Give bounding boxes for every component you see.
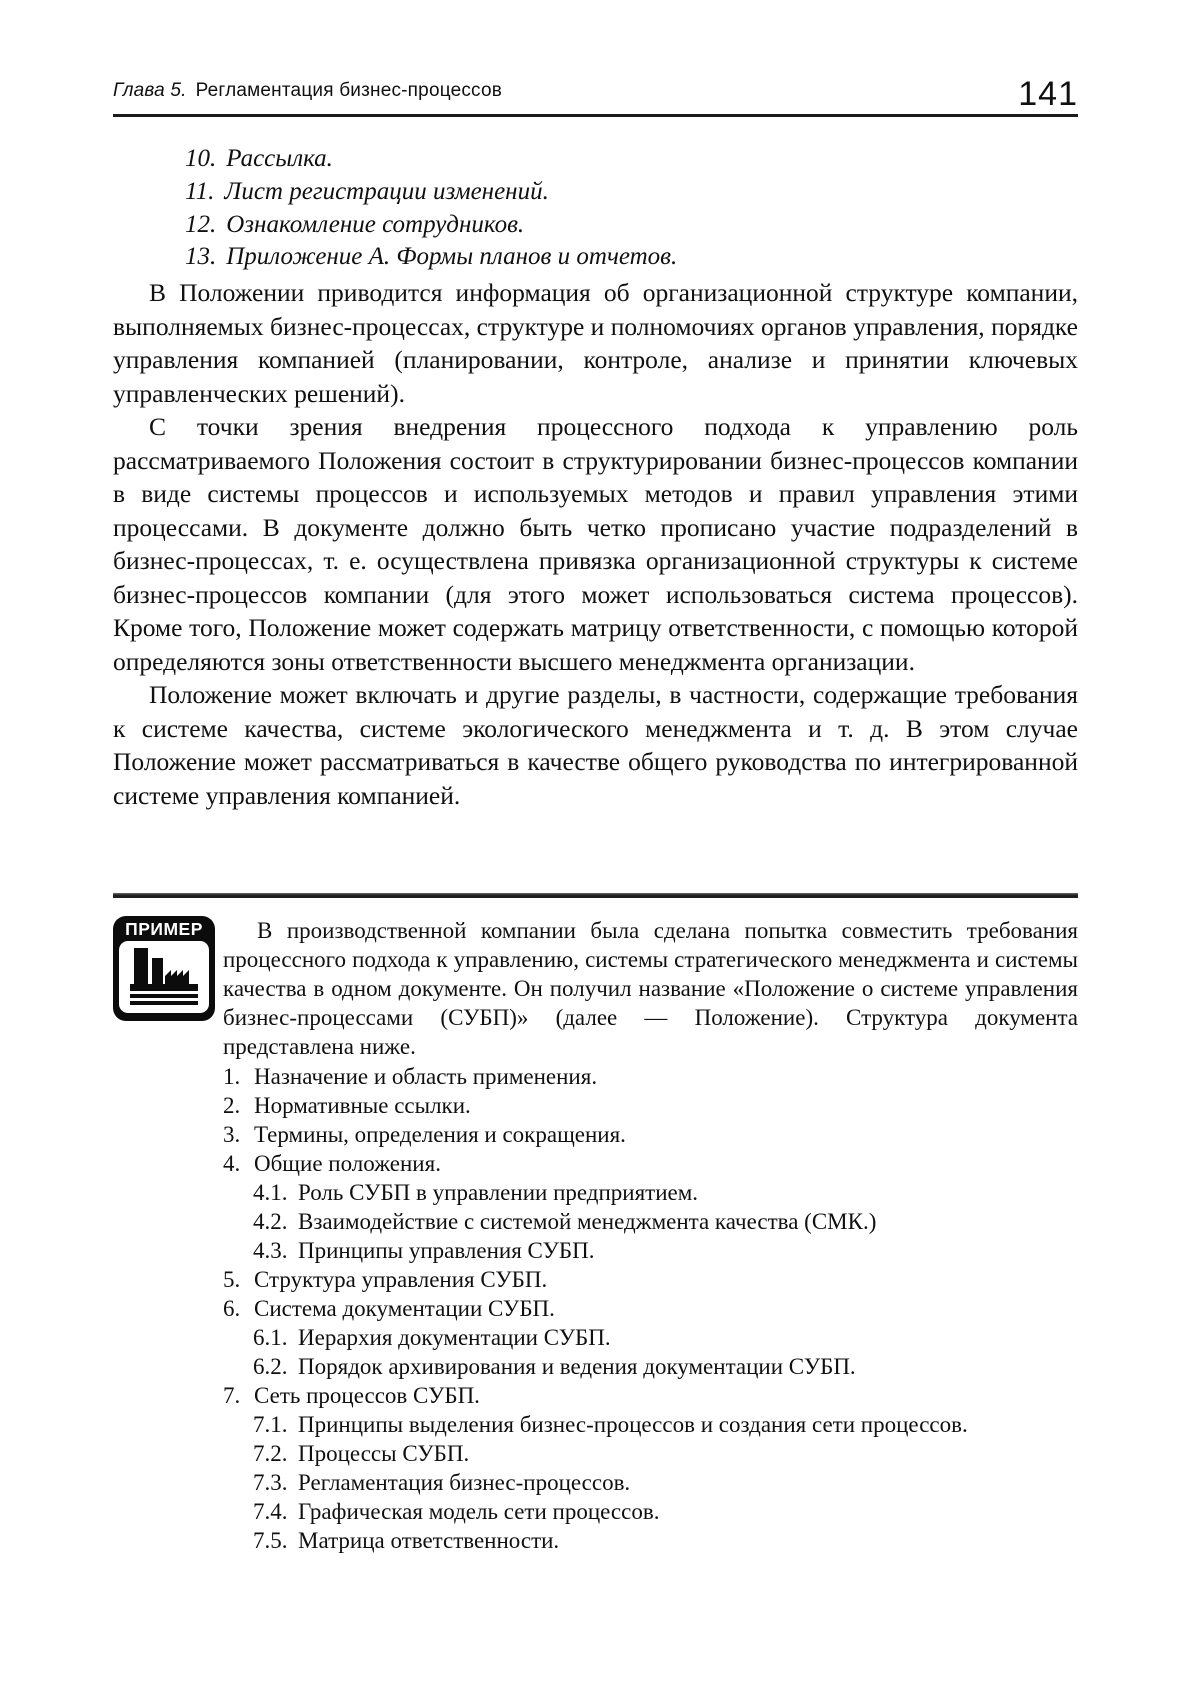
- list-item-number: 7.5.: [253, 1526, 298, 1555]
- book-page: Глава 5.Регламентация бизнес-процессов 1…: [0, 0, 1190, 1684]
- list-item-text: Иерархия документации СУБП.: [298, 1323, 1078, 1352]
- document-sections-list: 10. Рассылка. 11. Лист регистрации измен…: [185, 143, 1078, 274]
- list-item-text: Принципы управления СУБП.: [298, 1236, 1078, 1265]
- list-item-text: Лист регистрации изменений.: [224, 176, 548, 209]
- list-item-text: Процессы СУБП.: [298, 1439, 1078, 1468]
- list-item-number: 7.4.: [253, 1497, 298, 1526]
- list-item-text: Сеть процессов СУБП.: [254, 1381, 1078, 1410]
- paragraph: В Положении приводится информация об орг…: [113, 276, 1078, 410]
- example-structure-list: 1. Назначение и область применения. 2. Н…: [223, 1062, 1078, 1555]
- list-item: 7. Сеть процессов СУБП.: [223, 1381, 1078, 1410]
- list-item-number: 6.: [223, 1294, 254, 1323]
- list-item-number: 13.: [185, 241, 216, 274]
- list-item-text: Общие положения.: [254, 1149, 1078, 1178]
- list-item-text: Термины, определения и сокращения.: [254, 1120, 1078, 1149]
- list-item-number: 6.1.: [253, 1323, 298, 1352]
- list-item-number: 4.1.: [253, 1178, 298, 1207]
- list-item: 2. Нормативные ссылки.: [223, 1091, 1078, 1120]
- list-item-text: Система документации СУБП.: [254, 1294, 1078, 1323]
- chapter-label: Глава 5.: [113, 80, 187, 101]
- list-item-number: 7.1.: [253, 1410, 298, 1439]
- list-item-number: 4.2.: [253, 1207, 298, 1236]
- list-item-text: Назначение и область применения.: [254, 1062, 1078, 1091]
- section-divider: [113, 893, 1078, 898]
- list-item: 10. Рассылка.: [185, 143, 1078, 176]
- list-item: 7.3. Регламентация бизнес-процессов.: [223, 1468, 1078, 1497]
- list-item: 5. Структура управления СУБП.: [223, 1265, 1078, 1294]
- list-item-number: 12.: [185, 209, 216, 242]
- list-item-text: Матрица ответственности.: [298, 1526, 1078, 1555]
- list-item-number: 6.2.: [253, 1352, 298, 1381]
- list-item-number: 3.: [223, 1120, 254, 1149]
- list-item-text: Ознакомление сотрудников.: [226, 209, 524, 242]
- page-number: 141: [1018, 80, 1078, 110]
- list-item-number: 10.: [185, 143, 216, 176]
- running-head-title: Глава 5.Регламентация бизнес-процессов: [113, 80, 502, 110]
- list-item-number: 7.3.: [253, 1468, 298, 1497]
- paragraph: Положение может включать и другие раздел…: [113, 678, 1078, 812]
- list-item: 7.5. Матрица ответственности.: [223, 1526, 1078, 1555]
- list-item-number: 4.: [223, 1149, 254, 1178]
- list-item-number: 1.: [223, 1062, 254, 1091]
- list-item: 1. Назначение и область применения.: [223, 1062, 1078, 1091]
- list-item-number: 4.3.: [253, 1236, 298, 1265]
- list-item-text: Приложение А. Формы планов и отчетов.: [226, 241, 677, 274]
- paragraph: С точки зрения внедрения процессного под…: [113, 410, 1078, 678]
- list-item-text: Регламентация бизнес-процессов.: [298, 1468, 1078, 1497]
- list-item-number: 5.: [223, 1265, 254, 1294]
- list-item-text: Рассылка.: [226, 143, 333, 176]
- example-intro: В производственной компании была сделана…: [223, 916, 1078, 1061]
- page-header: Глава 5.Регламентация бизнес-процессов 1…: [113, 80, 1078, 110]
- list-item: 6. Система документации СУБП.: [223, 1294, 1078, 1323]
- list-item: 6.2. Порядок архивирования и ведения док…: [223, 1352, 1078, 1381]
- list-item-text: Принципы выделения бизнес-процессов и со…: [298, 1410, 1078, 1439]
- list-item-text: Нормативные ссылки.: [254, 1091, 1078, 1120]
- example-badge: ПРИМЕР: [113, 916, 215, 1021]
- list-item: 4.3. Принципы управления СУБП.: [223, 1236, 1078, 1265]
- list-item-text: Роль СУБП в управлении предприятием.: [298, 1178, 1078, 1207]
- list-item-number: 7.: [223, 1381, 254, 1410]
- list-item: 11. Лист регистрации изменений.: [185, 176, 1078, 209]
- list-item-number: 2.: [223, 1091, 254, 1120]
- list-item-text: Порядок архивирования и ведения документ…: [298, 1352, 1078, 1381]
- list-item-text: Структура управления СУБП.: [254, 1265, 1078, 1294]
- list-item: 4.1. Роль СУБП в управлении предприятием…: [223, 1178, 1078, 1207]
- example-badge-label: ПРИМЕР: [113, 918, 215, 940]
- factory-icon: [119, 941, 209, 1013]
- chapter-title: Регламентация бизнес-процессов: [196, 80, 502, 101]
- example-section: ПРИМЕР В производственной компании была …: [113, 916, 1078, 1555]
- header-rule: [113, 114, 1078, 117]
- list-item: 3. Термины, определения и сокращения.: [223, 1120, 1078, 1149]
- list-item: 13. Приложение А. Формы планов и отчетов…: [185, 241, 1078, 274]
- list-item-text: Взаимодействие с системой менеджмента ка…: [298, 1207, 1078, 1236]
- list-item: 12. Ознакомление сотрудников.: [185, 209, 1078, 242]
- list-item: 6.1. Иерархия документации СУБП.: [223, 1323, 1078, 1352]
- list-item-number: 7.2.: [253, 1439, 298, 1468]
- example-content: В производственной компании была сделана…: [223, 916, 1078, 1555]
- list-item: 4.2. Взаимодействие с системой менеджмен…: [223, 1207, 1078, 1236]
- list-item-text: Графическая модель сети процессов.: [298, 1497, 1078, 1526]
- list-item: 7.1. Принципы выделения бизнес-процессов…: [223, 1410, 1078, 1439]
- list-item-number: 11.: [185, 176, 214, 209]
- list-item: 7.4. Графическая модель сети процессов.: [223, 1497, 1078, 1526]
- list-item: 7.2. Процессы СУБП.: [223, 1439, 1078, 1468]
- body-text: В Положении приводится информация об орг…: [113, 276, 1078, 812]
- list-item: 4. Общие положения.: [223, 1149, 1078, 1178]
